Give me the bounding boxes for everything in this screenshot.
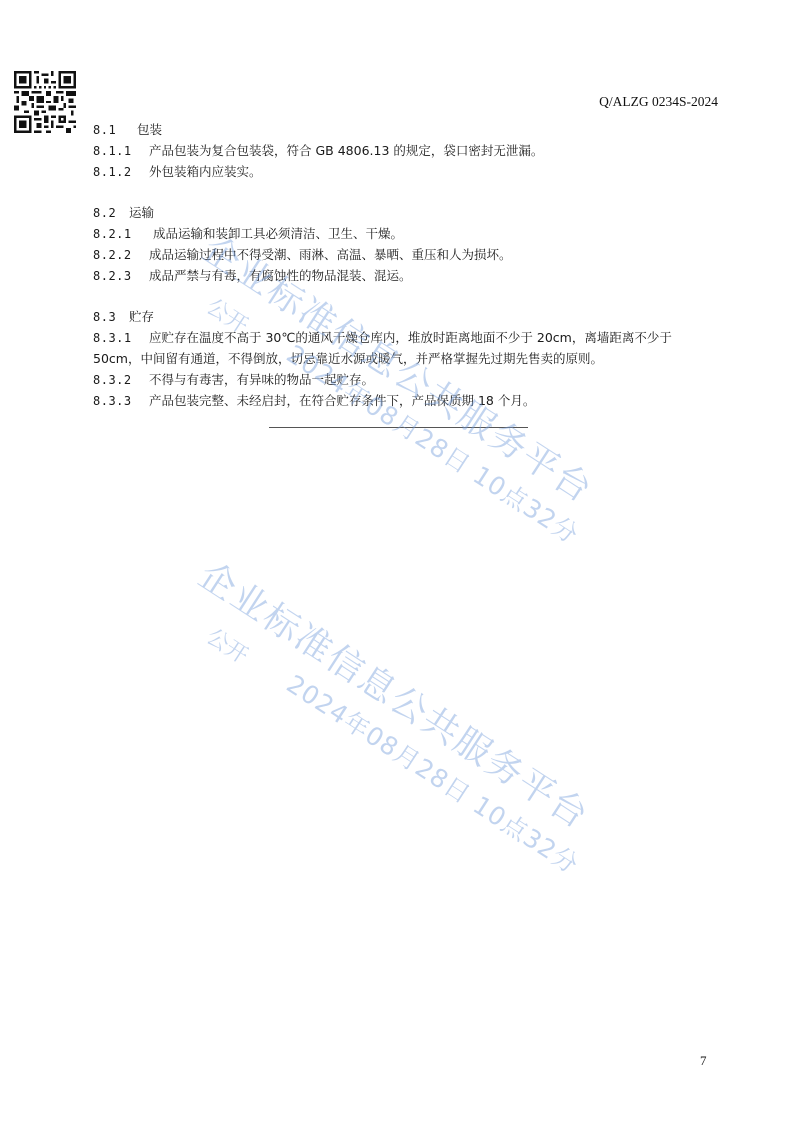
clause-item: 8.2.3成品严禁与有毒，有腐蚀性的物品混装、混运。 [93, 268, 412, 284]
clause-text: 成品严禁与有毒，有腐蚀性的物品混装、混运。 [149, 268, 412, 283]
section-title: 运输 [129, 205, 154, 220]
clause-number: 8.3.1 [93, 330, 149, 346]
end-rule [269, 427, 528, 428]
watermark-datetime: 2024年08月28日 10点32分 [280, 665, 586, 881]
clause-item: 8.1.2外包装箱内应装实。 [93, 164, 262, 180]
clause-item: 8.2.2成品运输过程中不得受潮、雨淋、高温、暴晒、重压和人为损坏。 [93, 247, 512, 263]
section-number: 8.1 [93, 122, 137, 138]
watermark-platform: 企业标准信息公共服务平台 [194, 222, 604, 513]
section-title: 包装 [137, 122, 162, 137]
clause-text: 产品包装完整、未经启封，在符合贮存条件下，产品保质期 18 个月。 [149, 393, 535, 408]
clause-continuation: 50cm，中间留有通道，不得倒放，切忌靠近水源或暖气，并严格掌握先过期先售卖的原… [93, 351, 603, 367]
clause-text: 成品运输和装卸工具必须清洁、卫生、干燥。 [149, 226, 403, 241]
document-code: Q/ALZG 0234S-2024 [599, 94, 718, 110]
watermark-status: 公开 [201, 620, 255, 670]
clause-text: 产品包装为复合包装袋，符合 GB 4806.13 的规定，袋口密封无泄漏。 [149, 143, 543, 158]
clause-text: 成品运输过程中不得受潮、雨淋、高温、暴晒、重压和人为损坏。 [149, 247, 512, 262]
clause-item: 8.3.3产品包装完整、未经启封，在符合贮存条件下，产品保质期 18 个月。 [93, 393, 535, 409]
clause-text: 外包装箱内应装实。 [149, 164, 262, 179]
clause-number: 8.3.2 [93, 372, 149, 388]
watermark-platform: 企业标准信息公共服务平台 [190, 548, 600, 839]
clause-number: 8.1.2 [93, 164, 149, 180]
clause-number: 8.3.3 [93, 393, 149, 409]
clause-item: 8.2.1 成品运输和装卸工具必须清洁、卫生、干燥。 [93, 226, 403, 242]
clause-item: 8.3.1应贮存在温度不高于 30℃的通风干燥仓库内，堆放时距离地面不少于 20… [93, 330, 672, 346]
qr-code-icon [14, 71, 76, 133]
section-number: 8.2 [93, 205, 129, 221]
page-number: 7 [700, 1053, 707, 1069]
clause-text: 应贮存在温度不高于 30℃的通风干燥仓库内，堆放时距离地面不少于 20cm，离墙… [149, 330, 672, 345]
section-heading-transport: 8.2运输 [93, 205, 154, 221]
section-number: 8.3 [93, 309, 129, 325]
clause-item: 8.1.1产品包装为复合包装袋，符合 GB 4806.13 的规定，袋口密封无泄… [93, 143, 543, 159]
clause-number: 8.2.3 [93, 268, 149, 284]
section-heading-storage: 8.3贮存 [93, 309, 154, 325]
watermark-datetime: 2024年08月28日 10点32分 [280, 335, 586, 551]
section-title: 贮存 [129, 309, 154, 324]
section-heading-packaging: 8.1包装 [93, 122, 162, 138]
clause-number: 8.2.2 [93, 247, 149, 263]
clause-item: 8.3.2不得与有毒害，有异味的物品一起贮存。 [93, 372, 374, 388]
clause-text: 不得与有毒害，有异味的物品一起贮存。 [149, 372, 374, 387]
clause-number: 8.2.1 [93, 226, 149, 242]
clause-number: 8.1.1 [93, 143, 149, 159]
